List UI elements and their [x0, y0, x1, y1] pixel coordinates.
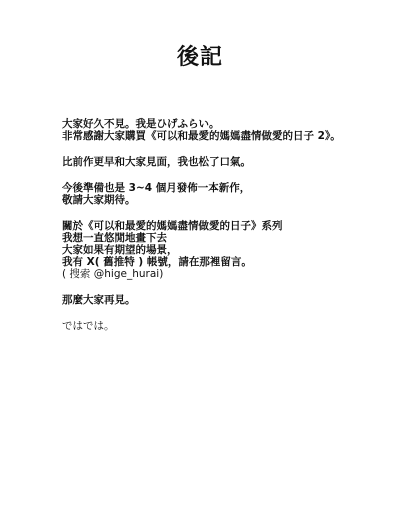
paragraph-series: 關於《可以和最愛的媽媽盡情做愛的日子》系列 我想一直悠閒地畫下去 大家如果有期望…: [62, 220, 382, 280]
text-line: 大家好久不見。我是ひげふらい。: [62, 118, 382, 130]
text-line: 我有 X( 舊推特 ) 帳號，請在那裡留言。: [62, 256, 382, 268]
text-line: 比前作更早和大家見面，我也松了口氣。: [62, 156, 382, 168]
text-line: 敬請大家期待。: [62, 194, 382, 206]
paragraph-farewell: 那麼大家再見。: [62, 294, 382, 306]
text-line: ( 搜索 @hige_hurai): [62, 268, 382, 280]
paragraph-relief: 比前作更早和大家見面，我也松了口氣。: [62, 156, 382, 168]
paragraph-greeting: 大家好久不見。我是ひげふらい。 非常感謝大家購買《可以和最愛的媽媽盡情做愛的日子…: [62, 118, 382, 142]
text-line: 那麼大家再見。: [62, 294, 382, 306]
text-line: 我想一直悠閒地畫下去: [62, 232, 382, 244]
paragraph-closing: ではでは。: [62, 320, 382, 332]
text-line: 關於《可以和最愛的媽媽盡情做愛的日子》系列: [62, 220, 382, 232]
afterword-body: 大家好久不見。我是ひげふらい。 非常感謝大家購買《可以和最愛的媽媽盡情做愛的日子…: [62, 118, 382, 346]
text-line: 今後準備也是 3~4 個月發佈一本新作，: [62, 182, 382, 194]
text-line: 大家如果有期望的場景，: [62, 244, 382, 256]
text-line: 非常感謝大家購買《可以和最愛的媽媽盡情做愛的日子 2》。: [62, 130, 382, 142]
paragraph-schedule: 今後準備也是 3~4 個月發佈一本新作， 敬請大家期待。: [62, 182, 382, 206]
text-line: ではでは。: [62, 320, 382, 332]
page-title: 後記: [0, 40, 400, 71]
